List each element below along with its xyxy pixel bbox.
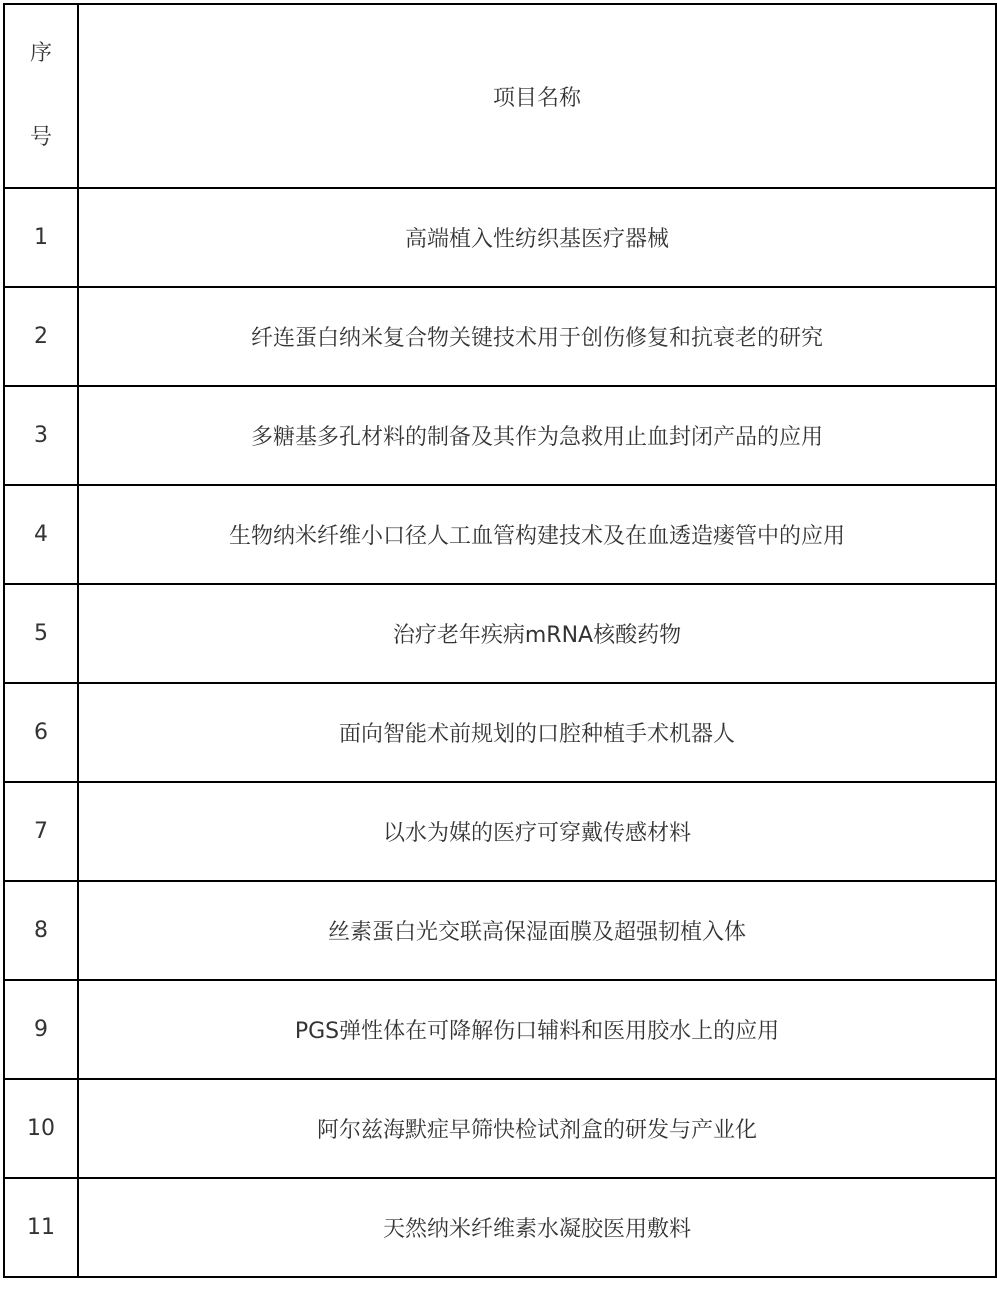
row-name-cell: 丝素蛋白光交联高保湿面膜及超强韧植入体 (78, 881, 996, 980)
header-index-char-1: 序 (5, 12, 77, 96)
row-name-cell: 天然纳米纤维素水凝胶医用敷料 (78, 1178, 996, 1277)
row-index-cell: 6 (4, 683, 78, 782)
row-index-cell: 5 (4, 584, 78, 683)
table-header-row: 序 号 项目名称 (4, 4, 996, 188)
row-index-cell: 7 (4, 782, 78, 881)
header-index-cell: 序 号 (4, 4, 78, 188)
row-index-cell: 4 (4, 485, 78, 584)
table-row: 10 阿尔兹海默症早筛快检试剂盒的研发与产业化 (4, 1079, 996, 1178)
row-name-cell: 阿尔兹海默症早筛快检试剂盒的研发与产业化 (78, 1079, 996, 1178)
row-name-cell: 治疗老年疾病mRNA核酸药物 (78, 584, 996, 683)
row-name-cell: 多糖基多孔材料的制备及其作为急救用止血封闭产品的应用 (78, 386, 996, 485)
row-name-cell: 高端植入性纺织基医疗器械 (78, 188, 996, 287)
header-index-char-2: 号 (5, 96, 77, 180)
table-row: 11 天然纳米纤维素水凝胶医用敷料 (4, 1178, 996, 1277)
table-row: 4 生物纳米纤维小口径人工血管构建技术及在血透造瘘管中的应用 (4, 485, 996, 584)
table-row: 5 治疗老年疾病mRNA核酸药物 (4, 584, 996, 683)
table-row: 6 面向智能术前规划的口腔种植手术机器人 (4, 683, 996, 782)
row-name-cell: 生物纳米纤维小口径人工血管构建技术及在血透造瘘管中的应用 (78, 485, 996, 584)
row-index-cell: 1 (4, 188, 78, 287)
table-row: 2 纤连蛋白纳米复合物关键技术用于创伤修复和抗衰老的研究 (4, 287, 996, 386)
project-table: 序 号 项目名称 1 高端植入性纺织基医疗器械 2 纤连蛋白纳米复合物关键技术用… (3, 3, 997, 1278)
row-index-cell: 3 (4, 386, 78, 485)
table-row: 9 PGS弹性体在可降解伤口辅料和医用胶水上的应用 (4, 980, 996, 1079)
header-name-label: 项目名称 (493, 81, 581, 112)
table-row: 8 丝素蛋白光交联高保湿面膜及超强韧植入体 (4, 881, 996, 980)
row-index-cell: 11 (4, 1178, 78, 1277)
table-row: 3 多糖基多孔材料的制备及其作为急救用止血封闭产品的应用 (4, 386, 996, 485)
row-index-cell: 8 (4, 881, 78, 980)
row-name-cell: 纤连蛋白纳米复合物关键技术用于创伤修复和抗衰老的研究 (78, 287, 996, 386)
table-row: 1 高端植入性纺织基医疗器械 (4, 188, 996, 287)
row-index-cell: 2 (4, 287, 78, 386)
row-name-cell: 面向智能术前规划的口腔种植手术机器人 (78, 683, 996, 782)
table-row: 7 以水为媒的医疗可穿戴传感材料 (4, 782, 996, 881)
row-name-cell: 以水为媒的医疗可穿戴传感材料 (78, 782, 996, 881)
header-name-cell: 项目名称 (78, 4, 996, 188)
row-index-cell: 10 (4, 1079, 78, 1178)
row-name-cell: PGS弹性体在可降解伤口辅料和医用胶水上的应用 (78, 980, 996, 1079)
row-index-cell: 9 (4, 980, 78, 1079)
